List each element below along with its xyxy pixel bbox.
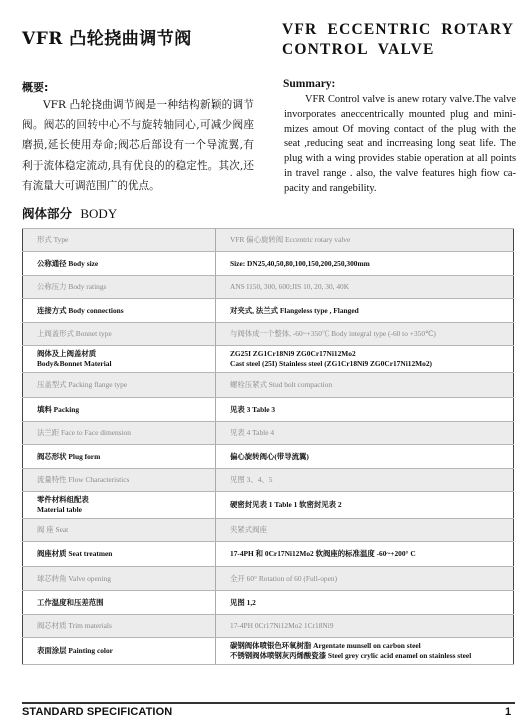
section-title-en: BODY xyxy=(80,206,117,221)
table-row: 上阀盖形式 Bonnet type与阀体成一个整体, -60~+350℃ Bod… xyxy=(23,323,514,346)
spec-key-text: 球芯转角 Valve opening xyxy=(37,574,215,584)
title-chinese: VFR 凸轮挠曲调节阀 xyxy=(22,24,192,49)
table-row: 连接方式 Body connections对夹式, 法兰式 Flangeless… xyxy=(23,299,514,323)
spec-value: VFR 偏心旋转阀 Eccentric rotary valve xyxy=(216,229,514,252)
spec-key-text: 连接方式 Body connections xyxy=(37,306,215,316)
spec-value: 偏心旋转阀心(带导流翼) xyxy=(216,445,514,469)
title-english-line2: CONTROL VALVE xyxy=(282,40,514,60)
spec-value: 螺栓压紧式 Stud bolt compaction xyxy=(216,373,514,398)
table-row: 压盖型式 Packing flange type螺栓压紧式 Stud bolt … xyxy=(23,373,514,398)
spec-value: 夹紧式阀座 xyxy=(216,519,514,542)
spec-value-text: 见图 3、4、5 xyxy=(230,475,513,485)
spec-key: 填料 Packing xyxy=(23,398,216,422)
table-row: 阀座材质 Seat treatmen17-4PH 和 0Cr17Ni12Mo2 … xyxy=(23,542,514,567)
spec-key: 球芯转角 Valve opening xyxy=(23,567,216,591)
spec-key-text: 阀座材质 Seat treatmen xyxy=(37,549,215,559)
spec-value-text: Size: DN25,40,50,80,100,150,200,250,300m… xyxy=(230,259,513,269)
spec-key-text: 形式 Type xyxy=(37,235,215,245)
spec-value: 全开 60° Rotation of 60 (Full-open) xyxy=(216,567,514,591)
spec-value: 见图 1,2 xyxy=(216,591,514,615)
spec-value-text: 与阀体成一个整体, -60~+350℃ Body integral type (… xyxy=(230,329,513,339)
spec-value-text: ANS I150, 300, 600;JIS 10, 20, 30, 40K xyxy=(230,282,513,292)
spec-key-text: 阀体及上阀盖材质 xyxy=(37,349,215,359)
spec-value-text: 17-4PH 和 0Cr17Ni12Mo2 软阀座的标准温度 -60~+200°… xyxy=(230,549,513,559)
spec-value: ANS I150, 300, 600;JIS 10, 20, 30, 40K xyxy=(216,276,514,299)
spec-key-text: 表面涂层 Painting color xyxy=(37,646,215,656)
spec-value-text: 螺栓压紧式 Stud bolt compaction xyxy=(230,380,513,390)
spec-key: 阀芯形状 Plug form xyxy=(23,445,216,469)
spec-key: 形式 Type xyxy=(23,229,216,252)
spec-value-text: 17-4PH 0Cr17Ni12Mo2 1Cr18Ni9 xyxy=(230,621,513,631)
spec-key-text: 公称压力 Body ratings xyxy=(37,282,215,292)
spec-table: 形式 TypeVFR 偏心旋转阀 Eccentric rotary valve公… xyxy=(22,228,514,665)
spec-key: 公称通径 Body size xyxy=(23,252,216,276)
spec-key-text: 阀芯材质 Trim materials xyxy=(37,621,215,631)
spec-key-text-en: Body&Bonnet Material xyxy=(37,359,215,369)
spec-value: 碳钢阀体喷银色环氧树脂 Argentate munsell on carbon … xyxy=(216,638,514,665)
table-row: 流量特性 Flow Characteristics见图 3、4、5 xyxy=(23,469,514,492)
spec-value-text: VFR 偏心旋转阀 Eccentric rotary valve xyxy=(230,235,513,245)
spec-value-text: 全开 60° Rotation of 60 (Full-open) xyxy=(230,574,513,584)
summary-en-label: Summary: xyxy=(283,78,335,90)
spec-key: 上阀盖形式 Bonnet type xyxy=(23,323,216,346)
spec-key: 零件材料组配表Material table xyxy=(23,492,216,519)
spec-key-text: 压盖型式 Packing flange type xyxy=(37,380,215,390)
footer-rule xyxy=(22,702,515,704)
table-row: 形式 TypeVFR 偏心旋转阀 Eccentric rotary valve xyxy=(23,229,514,252)
spec-value-text-2: Cast steel (25I) Stainless steel (ZG1Cr1… xyxy=(230,359,513,369)
spec-key: 表面涂层 Painting color xyxy=(23,638,216,665)
table-row: 填料 Packing见表 3 Table 3 xyxy=(23,398,514,422)
spec-key-text: 法兰距 Face to Face dimension xyxy=(37,428,215,438)
spec-key: 流量特性 Flow Characteristics xyxy=(23,469,216,492)
summary-cn-text: VFR 凸轮挠曲调节阀是一种结构新颖的调节阀。阀芯的回转中心不与旋转轴同心,可减… xyxy=(22,95,254,196)
spec-value: 17-4PH 和 0Cr17Ni12Mo2 软阀座的标准温度 -60~+200°… xyxy=(216,542,514,567)
spec-value-text: 碳钢阀体喷银色环氧树脂 Argentate munsell on carbon … xyxy=(230,641,513,651)
spec-value-text-2: 不锈钢阀体喷钢灰丙烯酸瓷漆 Steel grey crylic acid ena… xyxy=(230,651,513,661)
table-row: 阀芯形状 Plug form偏心旋转阀心(带导流翼) xyxy=(23,445,514,469)
spec-key: 阀体及上阀盖材质Body&Bonnet Material xyxy=(23,346,216,373)
spec-key-text: 阀芯形状 Plug form xyxy=(37,452,215,462)
title-english-line1: VFR ECCENTRIC ROTARY xyxy=(282,20,514,40)
spec-key: 法兰距 Face to Face dimension xyxy=(23,422,216,445)
spec-key: 压盖型式 Packing flange type xyxy=(23,373,216,398)
spec-value: 见表 3 Table 3 xyxy=(216,398,514,422)
spec-value-text: 对夹式, 法兰式 Flangeless type , Flanged xyxy=(230,306,513,316)
table-row: 阀芯材质 Trim materials17-4PH 0Cr17Ni12Mo2 1… xyxy=(23,615,514,638)
spec-value: 与阀体成一个整体, -60~+350℃ Body integral type (… xyxy=(216,323,514,346)
page-number: 1 xyxy=(505,706,511,718)
spec-value-text: 偏心旋转阀心(带导流翼) xyxy=(230,452,513,462)
table-row: 公称通径 Body sizeSize: DN25,40,50,80,100,15… xyxy=(23,252,514,276)
spec-value: 对夹式, 法兰式 Flangeless type , Flanged xyxy=(216,299,514,323)
table-row: 零件材料组配表Material table硬密封见表 1 Table 1 软密封… xyxy=(23,492,514,519)
spec-value: Size: DN25,40,50,80,100,150,200,250,300m… xyxy=(216,252,514,276)
spec-key: 工作温度和压差范围 xyxy=(23,591,216,615)
spec-key-text: 工作温度和压差范围 xyxy=(37,598,215,608)
summary-cn-label: 概要: xyxy=(22,79,48,95)
spec-key-text: 零件材料组配表 xyxy=(37,495,215,505)
table-row: 工作温度和压差范围见图 1,2 xyxy=(23,591,514,615)
spec-key: 阀座材质 Seat treatmen xyxy=(23,542,216,567)
table-row: 法兰距 Face to Face dimension见表 4 Table 4 xyxy=(23,422,514,445)
spec-value-text: 硬密封见表 1 Table 1 软密封见表 2 xyxy=(230,500,513,510)
spec-value: 硬密封见表 1 Table 1 软密封见表 2 xyxy=(216,492,514,519)
summary-en-text: VFR Control valve is anew rotary valve.T… xyxy=(284,93,516,197)
table-row: 阀体及上阀盖材质Body&Bonnet MaterialZG25I ZG1Cr1… xyxy=(23,346,514,373)
spec-value-text: 见表 4 Table 4 xyxy=(230,428,513,438)
spec-value: 见表 4 Table 4 xyxy=(216,422,514,445)
section-title: 阀体部分 BODY xyxy=(22,204,117,222)
title-english: VFR ECCENTRIC ROTARY CONTROL VALVE xyxy=(282,20,514,60)
spec-value: 见图 3、4、5 xyxy=(216,469,514,492)
spec-key: 阀芯材质 Trim materials xyxy=(23,615,216,638)
spec-value: ZG25I ZG1Cr18Ni9 ZG0Cr17Ni12Mo2Cast stee… xyxy=(216,346,514,373)
spec-value: 17-4PH 0Cr17Ni12Mo2 1Cr18Ni9 xyxy=(216,615,514,638)
table-row: 阀 座 Seat夹紧式阀座 xyxy=(23,519,514,542)
spec-value-text: 夹紧式阀座 xyxy=(230,525,513,535)
table-row: 公称压力 Body ratingsANS I150, 300, 600;JIS … xyxy=(23,276,514,299)
spec-key: 公称压力 Body ratings xyxy=(23,276,216,299)
spec-key-text: 上阀盖形式 Bonnet type xyxy=(37,329,215,339)
table-row: 球芯转角 Valve opening全开 60° Rotation of 60 … xyxy=(23,567,514,591)
spec-value-text: 见表 3 Table 3 xyxy=(230,405,513,415)
spec-key-text-en: Material table xyxy=(37,505,215,515)
spec-value-text: ZG25I ZG1Cr18Ni9 ZG0Cr17Ni12Mo2 xyxy=(230,349,513,359)
spec-key-text: 填料 Packing xyxy=(37,405,215,415)
spec-key-text: 阀 座 Seat xyxy=(37,525,215,535)
spec-key: 连接方式 Body connections xyxy=(23,299,216,323)
spec-key: 阀 座 Seat xyxy=(23,519,216,542)
table-row: 表面涂层 Painting color碳钢阀体喷银色环氧树脂 Argentate… xyxy=(23,638,514,665)
spec-value-text: 见图 1,2 xyxy=(230,598,513,608)
spec-key-text: 公称通径 Body size xyxy=(37,259,215,269)
spec-key-text: 流量特性 Flow Characteristics xyxy=(37,475,215,485)
footer-label: STANDARD SPECIFICATION xyxy=(22,706,172,718)
section-title-cn: 阀体部分 xyxy=(22,206,72,221)
